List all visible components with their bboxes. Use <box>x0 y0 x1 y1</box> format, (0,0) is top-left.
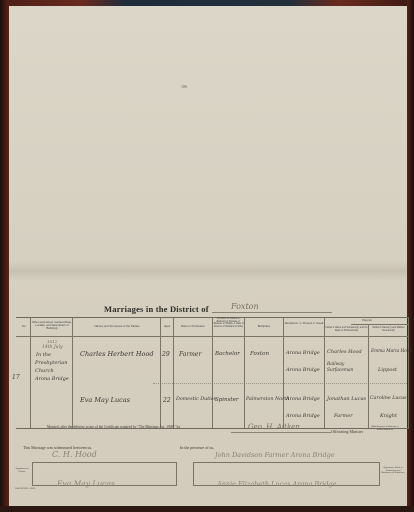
bride-birthplace: Palmerston North <box>246 397 289 402</box>
header-no: No. <box>18 325 30 328</box>
page-marker: 186 <box>181 84 187 89</box>
groom-rank: Farmer <box>179 351 201 358</box>
groom-condition: Bachelor <box>215 351 240 357</box>
col-rule <box>72 318 73 428</box>
groom-signature: C. H. Hood <box>52 450 97 459</box>
presence-label: In the presence of us, <box>180 445 214 450</box>
col-rule <box>30 318 31 428</box>
marriage-register-table: No. When and where married (Date, Locali… <box>16 317 409 429</box>
bride-father-rank: Farmer <box>334 413 353 419</box>
col-rule <box>212 318 213 428</box>
bride-father-name: Jonathan Lucas <box>327 396 366 402</box>
header-when-where: When and where married (Date, Locality, … <box>32 321 72 331</box>
bride-residence-present: Arona Bridge <box>286 396 320 402</box>
book-binding-right <box>407 0 414 512</box>
entry-number: 17 <box>12 374 20 381</box>
certificate-memo: Married, after the delivery to me of the… <box>47 425 237 429</box>
groom-father-name: Charles Hood <box>327 349 362 355</box>
bride-rank: Domestic Duties <box>176 397 216 402</box>
page-fold <box>9 261 407 281</box>
col-rule <box>368 324 369 428</box>
groom-residence-present: Arona Bridge <box>286 350 320 356</box>
groom-residence-usual: Arona Bridge <box>286 367 320 373</box>
entry-date: 14th July <box>42 345 63 350</box>
entry-place-2: Presbyterian <box>35 360 67 366</box>
entry-place-3: Church <box>35 368 54 374</box>
header-rank: Rank or Profession <box>174 325 212 328</box>
witnesses-side-label: Signatures, Rank or Profession and Resid… <box>381 467 405 475</box>
officiating-line <box>231 432 331 433</box>
parties-side-label: Signatures of Parties <box>15 468 29 473</box>
col-rule <box>408 318 409 428</box>
officiating-label: Officiating Minister <box>331 429 363 434</box>
page-title: Marriages in the District of <box>104 304 209 314</box>
groom-mother-maiden: Lippost <box>378 367 397 373</box>
bride-mother-name: Caroline Lucas <box>370 396 407 401</box>
parents-header-divider <box>351 324 409 325</box>
header-residence: Residence: 1. Present 2. Usual <box>284 322 324 325</box>
book-binding-bottom <box>0 506 414 512</box>
col-rule <box>283 318 284 428</box>
col-rule <box>244 318 245 428</box>
entry-year: 1912 <box>47 339 57 344</box>
header-mother: Mother's Name(1) and Maiden Surname(2) <box>369 327 408 333</box>
witness-1-signature: John Davidson Farmer Arona Bridge <box>215 451 335 459</box>
district-name: Foxton <box>231 302 259 311</box>
groom-age: 29 <box>162 351 170 358</box>
header-parents: Parents <box>325 319 409 322</box>
col-rule <box>173 318 174 428</box>
print-code: 1000/12/1911—4573 <box>15 488 55 491</box>
witness-2-signature: Annie Elizabeth Lucas Arona Bridge <box>217 480 337 488</box>
bride-residence-usual: Arona Bridge <box>286 413 320 419</box>
groom-birthplace: Foxton <box>250 351 269 357</box>
col-rule <box>160 318 161 428</box>
bride-mother-maiden: Knight <box>380 413 397 419</box>
bride-signature: Eva May Lucas <box>57 479 115 488</box>
header-birthplace: Birthplace <box>245 325 283 328</box>
district-underline <box>212 312 332 313</box>
groom-mother-name: Emma Maria Hood <box>371 349 412 354</box>
entry-place-1: In the <box>36 352 51 358</box>
entry-place-4: Arona Bridge <box>35 376 69 382</box>
header-names: Names and Surnames of the Parties <box>74 325 160 328</box>
row-divider <box>153 383 409 384</box>
groom-father-rank: Railway Surfaceman <box>327 362 367 374</box>
groom-name: Charles Herbert Hood <box>80 350 154 358</box>
header-condition: Condition of Parties (1. Bachelor or Spi… <box>213 318 244 328</box>
book-binding-left <box>0 0 9 512</box>
register-page: 186 Marriages in the District of Foxton … <box>9 6 407 506</box>
bride-age: 22 <box>163 397 171 404</box>
bride-condition: Spinster <box>215 397 239 403</box>
header-ages: Ages <box>161 325 173 328</box>
bride-name: Eva May Lucas <box>80 396 130 404</box>
col-rule <box>324 318 325 428</box>
header-father: Father's Name and Surname(1) and his Ran… <box>325 327 368 333</box>
officiating-note: (Add Registrar if Marriage is before Reg… <box>371 426 399 431</box>
officiating-signature: Geo. H. Aitken <box>248 423 300 431</box>
